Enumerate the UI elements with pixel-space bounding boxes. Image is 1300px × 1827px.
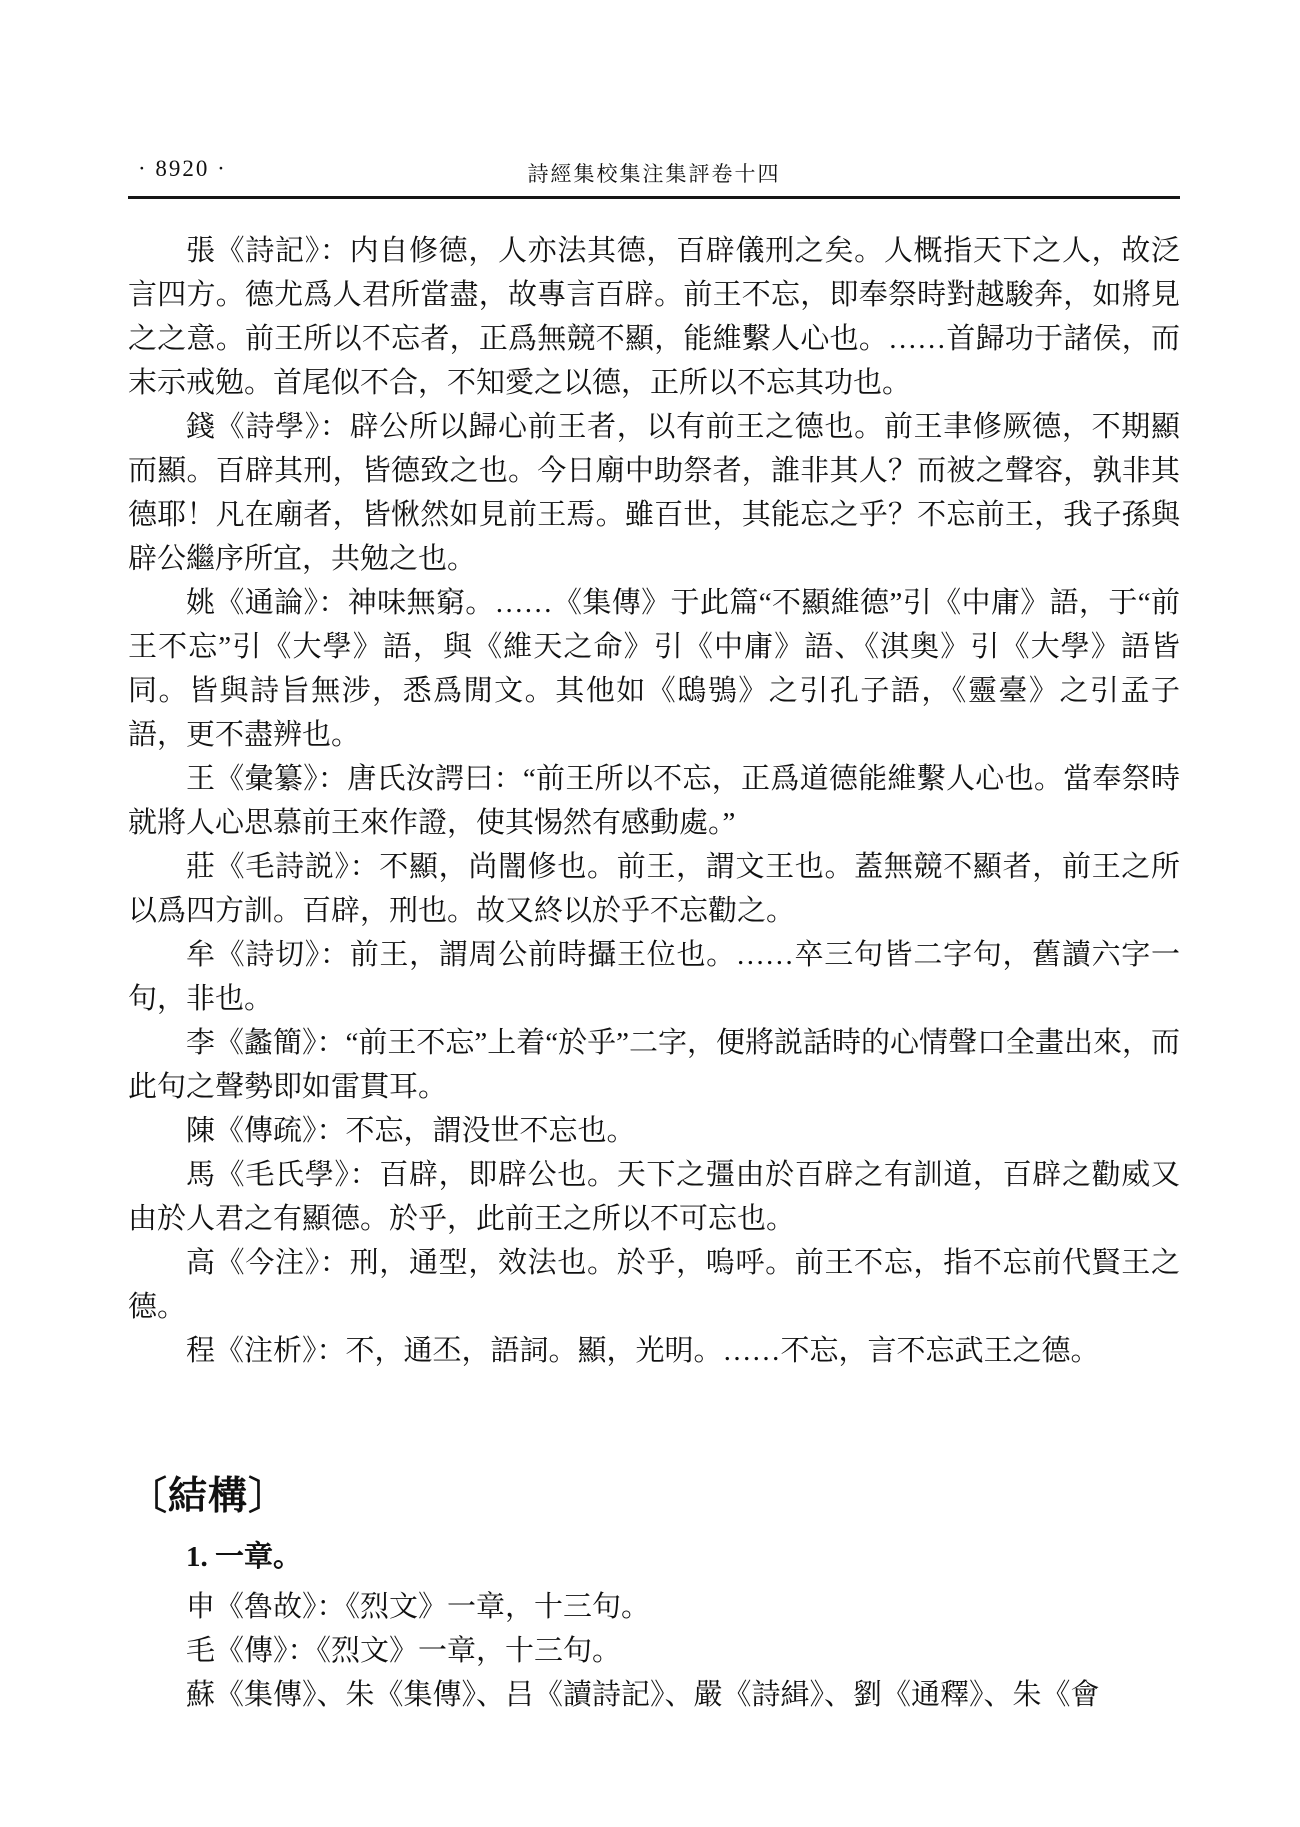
- commentary-paragraph-gao-jinzhu: 高《今注》：刑，通型，效法也。於乎，嗚呼。前王不忘，指不忘前代賢王之德。: [128, 1241, 1180, 1329]
- commentary-paragraph-chen-zhuanshu: 陳《傳疏》：不忘，謂没世不忘也。: [128, 1109, 1180, 1153]
- commentary-paragraph-mou-shiqie: 牟《詩切》：前王，謂周公前時攝王位也。……卒三句皆二字句，舊讀六字一句，非也。: [128, 933, 1180, 1021]
- commentary-paragraph-yao-tonglun: 姚《通論》：神味無窮。……《集傳》于此篇“不顯維德”引《中庸》語，于“前王不忘”…: [128, 581, 1180, 757]
- running-title: 詩經集校集注集評卷十四: [128, 154, 1180, 188]
- structure-item-mao-zhuan: 毛《傳》：《烈文》一章，十三句。: [128, 1629, 1180, 1673]
- commentary-section: 張《詩記》：内自修德，人亦法其德，百辟儀刑之矣。人概指天下之人，故泛言四方。德尤…: [128, 229, 1180, 1717]
- commentary-paragraph-wang-huizuan: 王《彙纂》：唐氏汝諤曰：“前王所以不忘，正爲道德能維繫人心也。當奉祭時就將人心思…: [128, 757, 1180, 845]
- scanned-book-page: · 8920 · 詩經集校集注集評卷十四 張《詩記》：内自修德，人亦法其德，百辟…: [0, 0, 1300, 1827]
- page-number: · 8920 ·: [138, 156, 227, 182]
- text-block: · 8920 · 詩經集校集注集評卷十四 張《詩記》：内自修德，人亦法其德，百辟…: [128, 0, 1180, 1717]
- structure-item-su-jizhuan-list: 蘇《集傳》、朱《集傳》、吕《讀詩記》、嚴《詩緝》、劉《通釋》、朱《會: [128, 1673, 1180, 1717]
- commentary-paragraph-ma-maoshixue: 馬《毛氏學》：百辟，即辟公也。天下之彊由於百辟之有訓道，百辟之勸威又由於人君之有…: [128, 1153, 1180, 1241]
- commentary-paragraph-zhang-shiji: 張《詩記》：内自修德，人亦法其德，百辟儀刑之矣。人概指天下之人，故泛言四方。德尤…: [128, 229, 1180, 405]
- structure-item-shen-lugu: 申《魯故》：《烈文》一章，十三句。: [128, 1585, 1180, 1629]
- section-heading-structure: 〔結構〕: [128, 1465, 1180, 1521]
- structure-item-chapter-count: 1. 一章。: [128, 1535, 1180, 1579]
- commentary-paragraph-zhuang-maoshishuo: 莊《毛詩説》：不顯，尚闇修也。前王，謂文王也。蓋無競不顯者，前王之所以爲四方訓。…: [128, 845, 1180, 933]
- commentary-paragraph-li-lijian: 李《蠡簡》：“前王不忘”上着“於乎”二字，便將説話時的心情聲口全畫出來，而此句之…: [128, 1021, 1180, 1109]
- header-rule: [128, 196, 1180, 199]
- commentary-paragraph-cheng-zhuxi: 程《注析》：不，通丕，語詞。顯，光明。……不忘，言不忘武王之德。: [128, 1329, 1180, 1373]
- page-header: · 8920 · 詩經集校集注集評卷十四: [128, 154, 1180, 184]
- commentary-paragraph-qian-shixue: 錢《詩學》：辟公所以歸心前王者，以有前王之德也。前王聿修厥德，不期顯而顯。百辟其…: [128, 405, 1180, 581]
